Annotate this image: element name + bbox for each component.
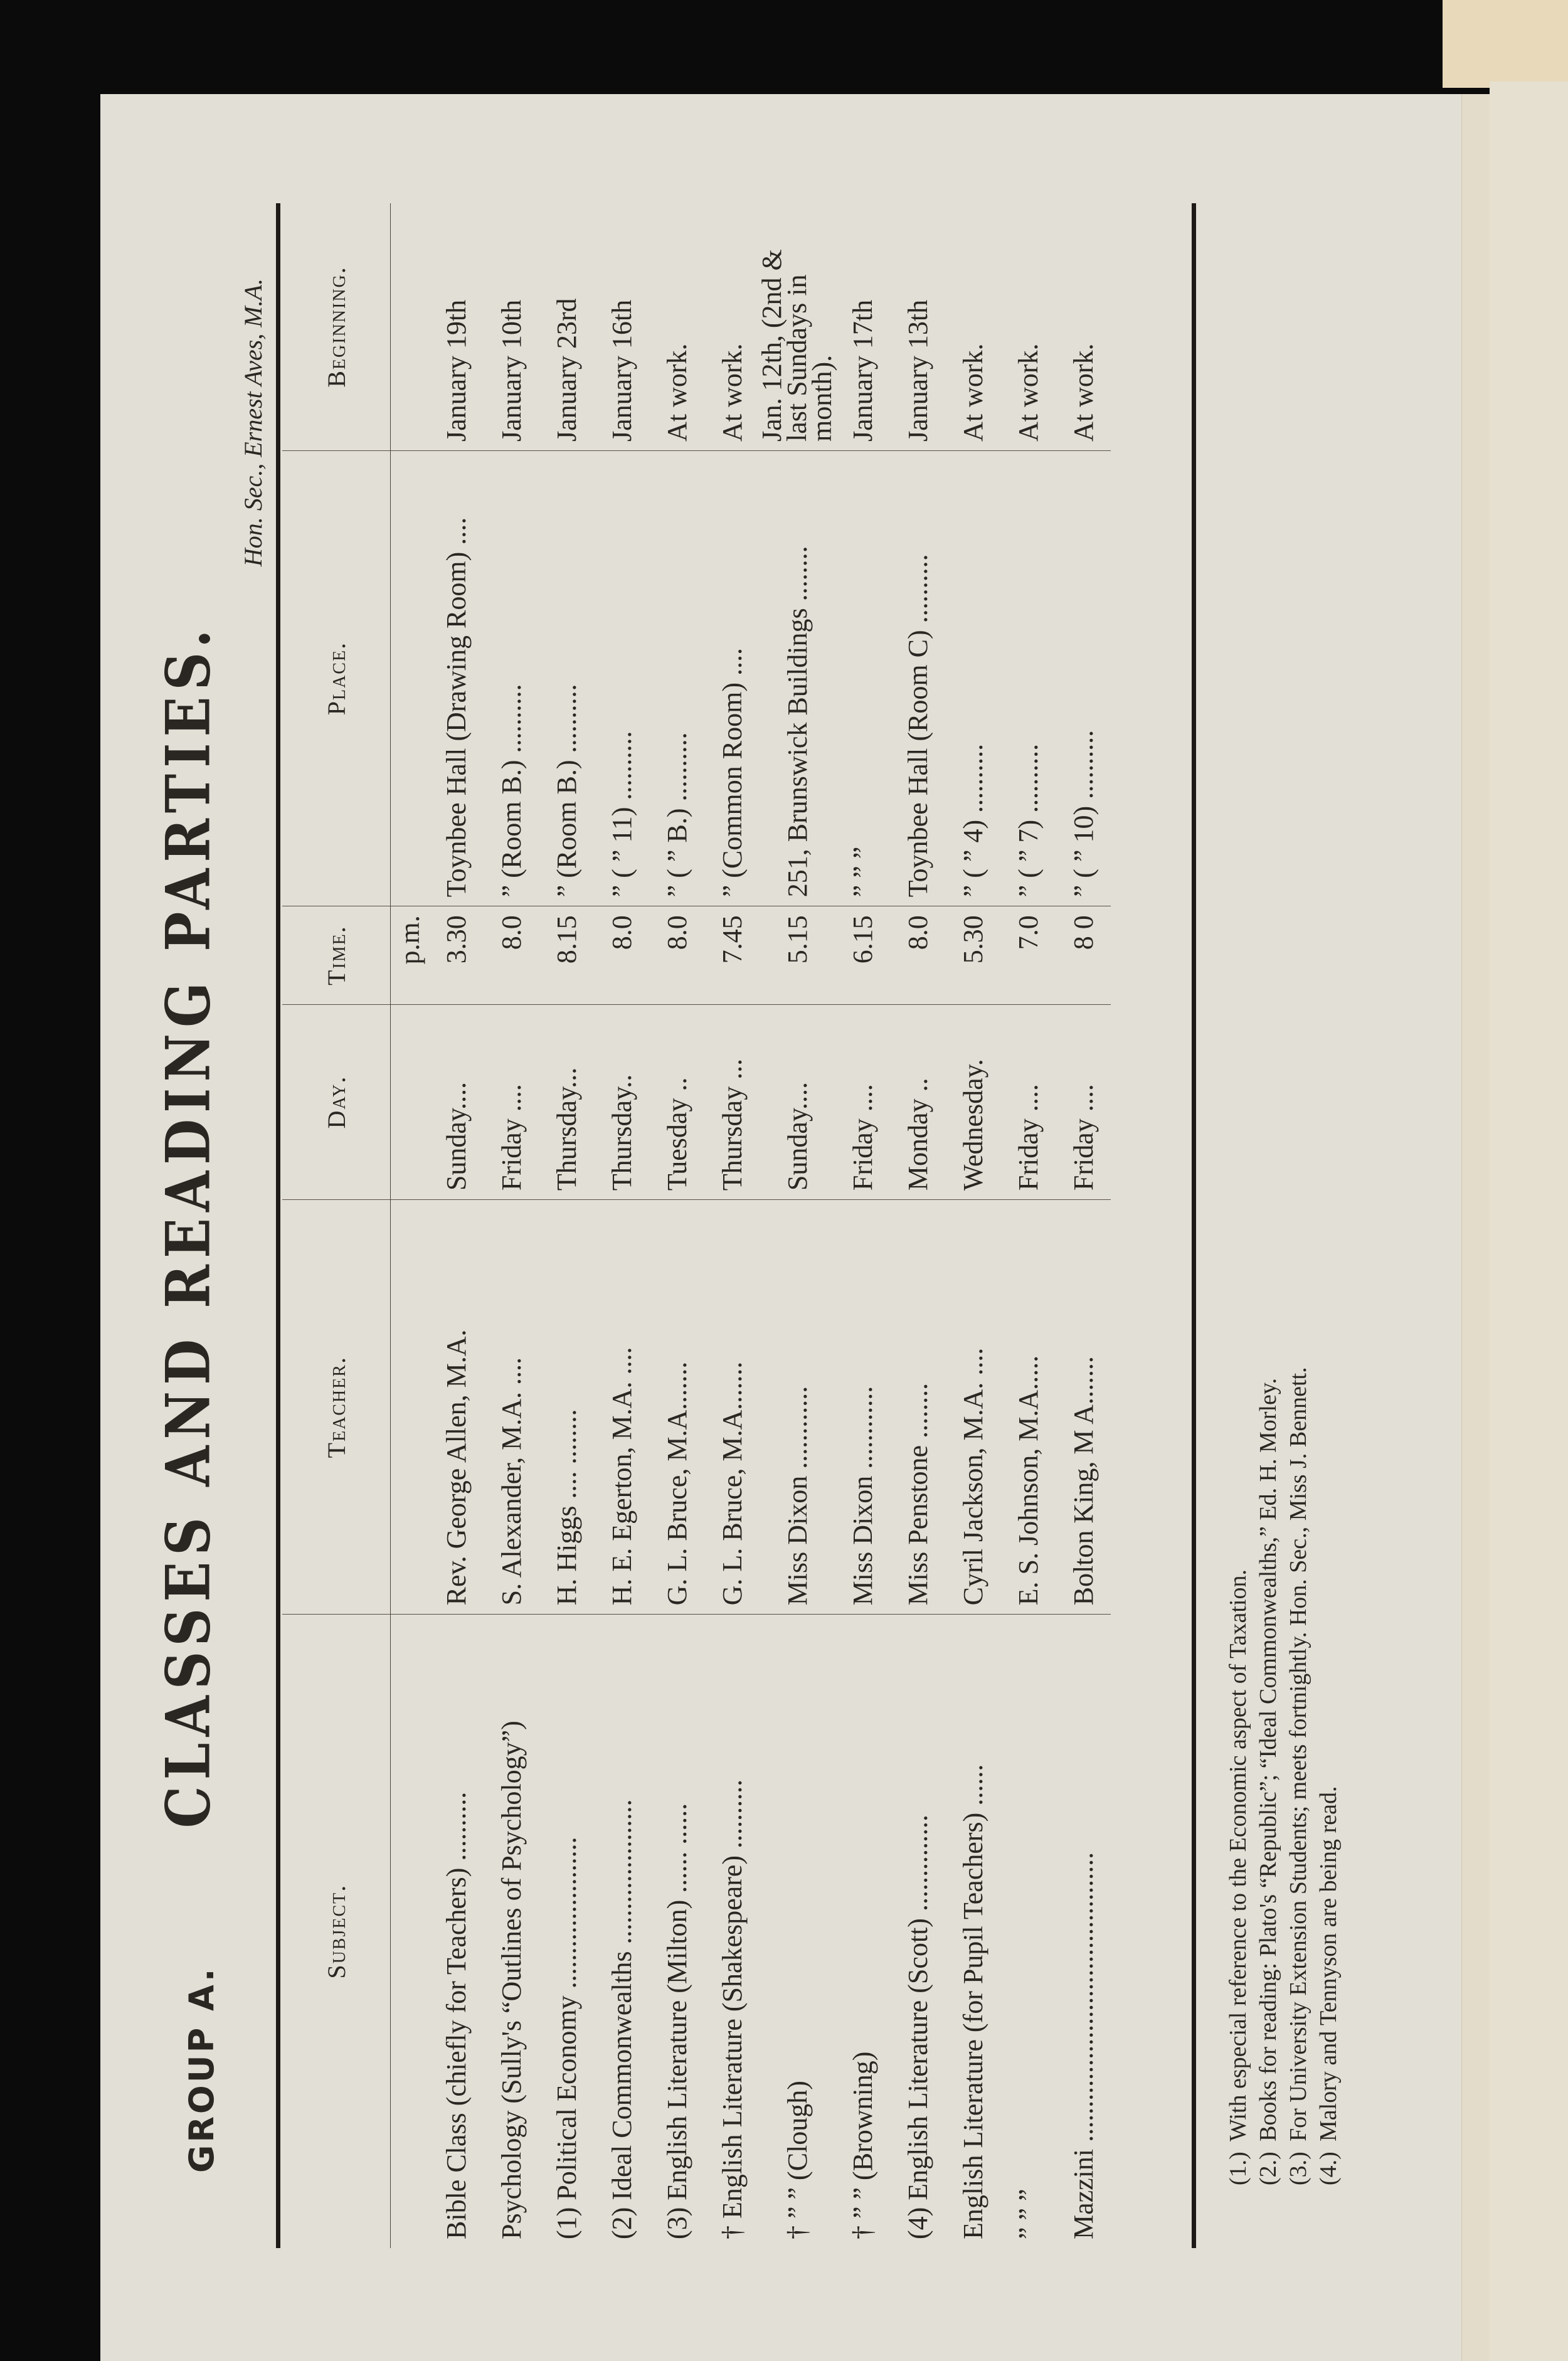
col-time: Time. bbox=[282, 906, 391, 1005]
footnote: (1.)With especial reference to the Econo… bbox=[1223, 1367, 1253, 2185]
table-row: Bible Class (chiefly for Teachers) .....… bbox=[428, 203, 484, 2248]
table-row: (3) English Literature (Milton) ...... .… bbox=[649, 203, 704, 2248]
beginning-cell: At work. bbox=[1056, 203, 1111, 450]
footnote-text: Books for reading: Plato's “Republic”; “… bbox=[1255, 1378, 1281, 2141]
teacher-cell: Cyril Jackson, M.A. .... bbox=[945, 1200, 1000, 1615]
beginning-cell: Jan. 12th, (2nd & last Sundays in month)… bbox=[760, 203, 835, 450]
table-row: ” ” ”E. S. Johnson, M.A.....Friday ....7… bbox=[1000, 203, 1056, 2248]
subject-cell: ” ” ” bbox=[1000, 1615, 1056, 2248]
group-heading: GROUP A. bbox=[182, 1966, 221, 2173]
bottom-rule bbox=[1192, 203, 1196, 2248]
adjacent-page-flap bbox=[1443, 0, 1568, 88]
hon-sec: Hon. Sec., Ernest Aves, M.A. bbox=[238, 279, 268, 566]
table-row: (2) Ideal Commonwealths ................… bbox=[594, 203, 649, 2248]
footnote-text: Malory and Tennyson are being read. bbox=[1315, 1786, 1342, 2141]
teacher-cell: E. S. Johnson, M.A..... bbox=[1000, 1200, 1056, 1615]
teacher-cell: S. Alexander, M.A. .... bbox=[484, 1200, 539, 1615]
col-teacher: Teacher. bbox=[282, 1200, 391, 1615]
day-cell: Friday .... bbox=[835, 1004, 890, 1199]
subject-cell: (2) Ideal Commonwealths ................… bbox=[594, 1615, 649, 2248]
place-cell: ” ( ” 10) .......... bbox=[1056, 450, 1111, 906]
header: CLASSES AND READING PARTIES. GROUP A. Ho… bbox=[157, 203, 232, 2248]
footnotes: (1.)With especial reference to the Econo… bbox=[1223, 1367, 1343, 2185]
subject-cell: (4) English Literature (Scott) .........… bbox=[890, 1615, 945, 2248]
beginning-cell: At work. bbox=[1000, 203, 1056, 450]
top-rule bbox=[276, 203, 280, 2248]
table-row: † ” ” (Clough)Miss Dixon ............Sun… bbox=[760, 203, 835, 2248]
time-cell: 6.15 bbox=[835, 906, 890, 1005]
teacher-cell: G. L. Bruce, M.A....... bbox=[649, 1200, 704, 1615]
teacher-cell: H. Higgs .... ........ bbox=[539, 1200, 594, 1615]
page-title: CLASSES AND READING PARTIES. bbox=[152, 203, 224, 2248]
teacher-cell: Rev. George Allen, M.A. bbox=[428, 1200, 484, 1615]
beginning-cell: January 23rd bbox=[539, 203, 594, 450]
footnote-text: With especial reference to the Economic … bbox=[1225, 1569, 1251, 2141]
place-cell: Toynbee Hall (Room C) .......... bbox=[890, 450, 945, 906]
footnote-number: (4.) bbox=[1313, 2141, 1343, 2185]
place-cell: 251, Brunswick Buildings ........ bbox=[760, 450, 835, 906]
day-cell: Sunday.... bbox=[760, 1004, 835, 1199]
day-cell: Monday .. bbox=[890, 1004, 945, 1199]
subject-cell: (1) Political Economy ..................… bbox=[539, 1615, 594, 2248]
subject-cell: † English Literature (Shakespeare) .....… bbox=[704, 1615, 760, 2248]
day-cell: Sunday.... bbox=[428, 1004, 484, 1199]
subject-cell: Mazzini ................................… bbox=[1056, 1615, 1111, 2248]
subject-cell: † ” ” (Clough) bbox=[760, 1615, 835, 2248]
subject-cell: (3) English Literature (Milton) ...... .… bbox=[649, 1615, 704, 2248]
time-cell: 8.15 bbox=[539, 906, 594, 1005]
beginning-cell: January 16th bbox=[594, 203, 649, 450]
footnote-number: (1.) bbox=[1223, 2141, 1253, 2185]
table-row: (1) Political Economy ..................… bbox=[539, 203, 594, 2248]
time-cell: 8.0 bbox=[484, 906, 539, 1005]
day-cell: Thursday ... bbox=[704, 1004, 760, 1199]
time-cell: 8.0 bbox=[594, 906, 649, 1005]
footnote: (4.)Malory and Tennyson are being read. bbox=[1313, 1367, 1343, 2185]
beginning-cell: At work. bbox=[704, 203, 760, 450]
beginning-cell: At work. bbox=[649, 203, 704, 450]
classes-table: Subject. Teacher. Day. Time. Place. Begi… bbox=[282, 203, 1111, 2248]
teacher-cell: Bolton King, M A....... bbox=[1056, 1200, 1111, 1615]
footnote-number: (3.) bbox=[1283, 2141, 1313, 2185]
footnote: (3.)For University Extension Students; m… bbox=[1283, 1367, 1313, 2185]
col-day: Day. bbox=[282, 1004, 391, 1199]
subject-cell: † ” ” (Browning) bbox=[835, 1615, 890, 2248]
table-row: (4) English Literature (Scott) .........… bbox=[890, 203, 945, 2248]
col-place: Place. bbox=[282, 450, 391, 906]
teacher-cell: Miss Dixon ............ bbox=[835, 1200, 890, 1615]
subject-cell: English Literature (for Pupil Teachers) … bbox=[945, 1615, 1000, 2248]
day-cell: Friday .... bbox=[1000, 1004, 1056, 1199]
time-cell: 8 0 bbox=[1056, 906, 1111, 1005]
time-cell: 5.30 bbox=[945, 906, 1000, 1005]
time-unit: p.m. bbox=[391, 906, 429, 1005]
day-cell: Friday .... bbox=[484, 1004, 539, 1199]
document-page: CLASSES AND READING PARTIES. GROUP A. Ho… bbox=[100, 94, 1461, 2361]
place-cell: ” ( ” 11) .......... bbox=[594, 450, 649, 906]
place-cell: ” ( ” 4) .......... bbox=[945, 450, 1000, 906]
teacher-cell: Miss Dixon ............ bbox=[760, 1200, 835, 1615]
book-spine bbox=[1461, 94, 1490, 2361]
col-subject: Subject. bbox=[282, 1615, 391, 2248]
time-cell: 8.0 bbox=[890, 906, 945, 1005]
time-cell: 3.30 bbox=[428, 906, 484, 1005]
time-cell: 5.15 bbox=[760, 906, 835, 1005]
beginning-cell: At work. bbox=[945, 203, 1000, 450]
time-cell: 8.0 bbox=[649, 906, 704, 1005]
time-unit-row: p.m. bbox=[391, 203, 429, 2248]
col-beginning: Beginning. bbox=[282, 203, 391, 450]
place-cell: ” (Common Room) .... bbox=[704, 450, 760, 906]
table-row: Psychology (Sully's “Outlines of Psychol… bbox=[484, 203, 539, 2248]
footnote-number: (2.) bbox=[1253, 2141, 1283, 2185]
subject-cell: Psychology (Sully's “Outlines of Psychol… bbox=[484, 1615, 539, 2248]
beginning-cell: January 19th bbox=[428, 203, 484, 450]
day-cell: Tuesday .. bbox=[649, 1004, 704, 1199]
day-cell: Wednesday. bbox=[945, 1004, 1000, 1199]
beginning-cell: January 17th bbox=[835, 203, 890, 450]
beginning-cell: January 13th bbox=[890, 203, 945, 450]
teacher-cell: Miss Penstone ........ bbox=[890, 1200, 945, 1615]
footnote: (2.)Books for reading: Plato's “Republic… bbox=[1253, 1367, 1283, 2185]
place-cell: ” ( ” B.) .......... bbox=[649, 450, 704, 906]
table-row: † English Literature (Shakespeare) .....… bbox=[704, 203, 760, 2248]
place-cell: ” ” ” bbox=[835, 450, 890, 906]
table-row: † ” ” (Browning)Miss Dixon ............F… bbox=[835, 203, 890, 2248]
table-row: Mazzini ................................… bbox=[1056, 203, 1111, 2248]
time-cell: 7.0 bbox=[1000, 906, 1056, 1005]
subject-cell: Bible Class (chiefly for Teachers) .....… bbox=[428, 1615, 484, 2248]
day-cell: Friday .... bbox=[1056, 1004, 1111, 1199]
place-cell: Toynbee Hall (Drawing Room) .... bbox=[428, 450, 484, 906]
table-row: English Literature (for Pupil Teachers) … bbox=[945, 203, 1000, 2248]
footnote-text: For University Extension Students; meets… bbox=[1285, 1367, 1311, 2141]
place-cell: ” (Room B.) .......... bbox=[484, 450, 539, 906]
time-cell: 7.45 bbox=[704, 906, 760, 1005]
day-cell: Thursday.. bbox=[594, 1004, 649, 1199]
teacher-cell: G. L. Bruce, M.A....... bbox=[704, 1200, 760, 1615]
adjacent-page-edge bbox=[1490, 82, 1568, 2361]
place-cell: ” (Room B.) .......... bbox=[539, 450, 594, 906]
beginning-cell: January 10th bbox=[484, 203, 539, 450]
place-cell: ” ( ” 7) .......... bbox=[1000, 450, 1056, 906]
teacher-cell: H. E. Egerton, M.A. .... bbox=[594, 1200, 649, 1615]
table-header-row: Subject. Teacher. Day. Time. Place. Begi… bbox=[282, 203, 391, 2248]
day-cell: Thursday... bbox=[539, 1004, 594, 1199]
